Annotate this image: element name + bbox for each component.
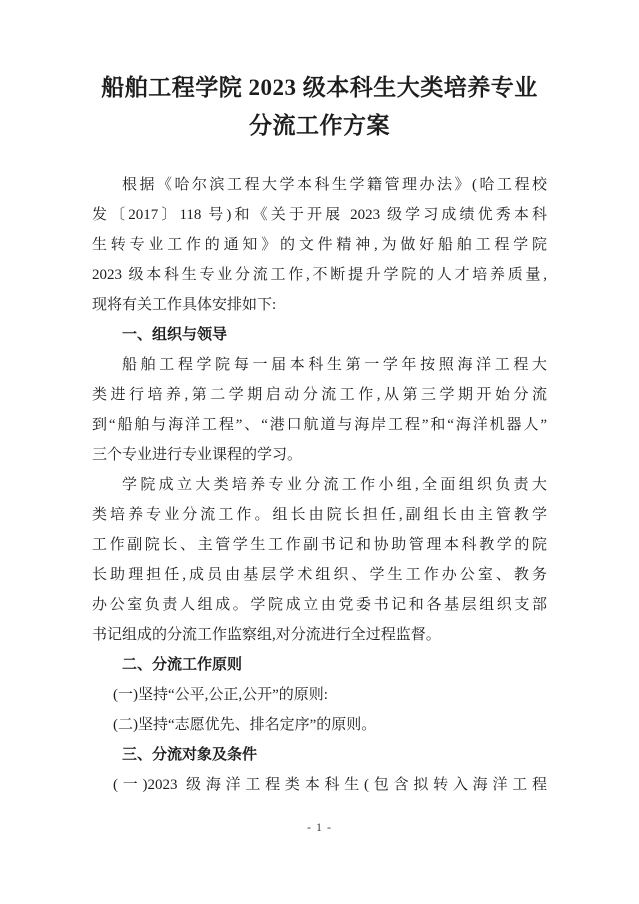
paragraph-line: 长助理担任,成员由基层学术组织、学生工作办公室、教务 <box>92 560 547 590</box>
paragraph-line: 到“船舶与海洋工程”、“港口航道与海岸工程”和“海洋机器人” <box>92 410 547 440</box>
document-body: 根据《哈尔滨工程大学本科生学籍管理办法》(哈工程校 发〔2017〕118 号)和… <box>92 170 547 800</box>
paragraph-line: 类进行培养,第二学期启动分流工作,从第三学期开始分流 <box>92 380 547 410</box>
paragraph-line: 工作副院长、主管学生工作副书记和协助管理本科教学的院 <box>92 530 547 560</box>
section3-items: (一)2023 级海洋工程类本科生(包含拟转入海洋工程 <box>92 770 547 800</box>
document-title: 船舶工程学院 2023 级本科生大类培养专业 分流工作方案 <box>92 69 547 145</box>
paragraph-line: 办公室负责人组成。学院成立由党委书记和各基层组织支部 <box>92 590 547 620</box>
list-item: (一)2023 级海洋工程类本科生(包含拟转入海洋工程 <box>92 770 547 800</box>
section-heading-1: 一、组织与领导 <box>92 320 547 350</box>
section2-items: (一)坚持“公平,公正,公开”的原则: (二)坚持“志愿优先、排名定序”的原则。 <box>92 680 547 740</box>
list-item: (一)坚持“公平,公正,公开”的原则: <box>92 680 547 710</box>
paragraph-line: 书记组成的分流工作监察组,对分流进行全过程监督。 <box>92 620 547 650</box>
page-number: - 1 - <box>0 820 639 835</box>
paragraph-line: 类培养专业分流工作。组长由院长担任,副组长由主管教学 <box>92 500 547 530</box>
list-item: (二)坚持“志愿优先、排名定序”的原则。 <box>92 710 547 740</box>
section-heading-3: 三、分流对象及条件 <box>92 740 547 770</box>
section1-paragraph-1: 船舶工程学院每一届本科生第一学年按照海洋工程大 类进行培养,第二学期启动分流工作… <box>92 350 547 470</box>
document-content: 船舶工程学院 2023 级本科生大类培养专业 分流工作方案 根据《哈尔滨工程大学… <box>92 69 547 800</box>
section-heading-2: 二、分流工作原则 <box>92 650 547 680</box>
paragraph-line: 2023 级本科生专业分流工作,不断提升学院的人才培养质量, <box>92 260 547 290</box>
paragraph-line: 现将有关工作具体安排如下: <box>92 290 547 320</box>
document-page: 船舶工程学院 2023 级本科生大类培养专业 分流工作方案 根据《哈尔滨工程大学… <box>0 0 639 904</box>
paragraph-line: 生转专业工作的通知》的文件精神,为做好船舶工程学院 <box>92 230 547 260</box>
paragraph-line: 船舶工程学院每一届本科生第一学年按照海洋工程大 <box>92 350 547 380</box>
paragraph-line: 三个专业进行专业课程的学习。 <box>92 440 547 470</box>
section1-paragraph-2: 学院成立大类培养专业分流工作小组,全面组织负责大 类培养专业分流工作。组长由院长… <box>92 470 547 650</box>
intro-paragraph: 根据《哈尔滨工程大学本科生学籍管理办法》(哈工程校 发〔2017〕118 号)和… <box>92 170 547 320</box>
title-line-1: 船舶工程学院 2023 级本科生大类培养专业 <box>92 69 547 107</box>
title-line-2: 分流工作方案 <box>92 107 547 145</box>
paragraph-line: 根据《哈尔滨工程大学本科生学籍管理办法》(哈工程校 <box>92 170 547 200</box>
paragraph-line: 学院成立大类培养专业分流工作小组,全面组织负责大 <box>92 470 547 500</box>
paragraph-line: 发〔2017〕118 号)和《关于开展 2023 级学习成绩优秀本科 <box>92 200 547 230</box>
